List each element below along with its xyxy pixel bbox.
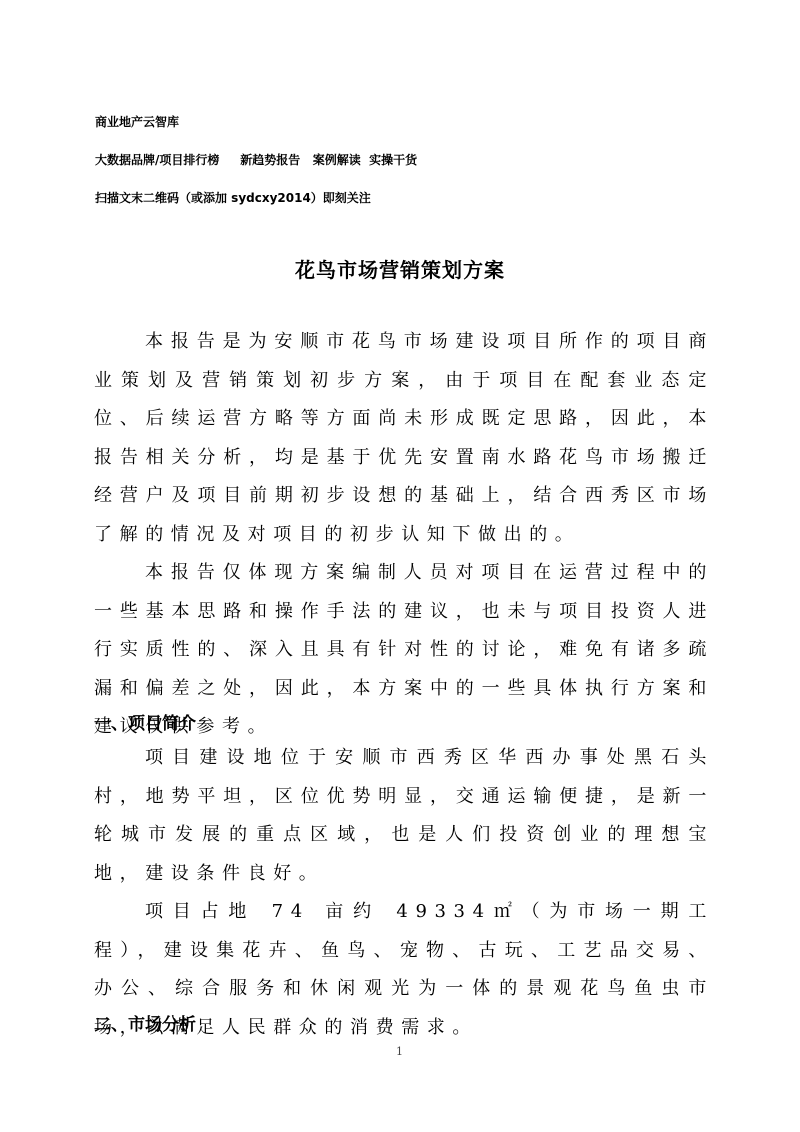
section-heading-overview: 一、项目简介 xyxy=(94,709,196,734)
header-subscribe: 扫描文末二维码（或添加 sydcxy2014）即刻关注 xyxy=(95,189,371,206)
intro-section: 本报告是为安顺市花鸟市场建设项目所作的项目商业策划及营销策划初步方案，由于项目在… xyxy=(94,323,714,747)
header-tagline: 大数据品牌/项目排行榜 新趋势报告 案例解读 实操干货 xyxy=(95,151,417,168)
overview-paragraph-1: 项目建设地位于安顺市西秀区华西办事处黑石头村，地势平坦，区位优势明显，交通运输便… xyxy=(94,739,714,893)
header-brand: 商业地产云智库 xyxy=(95,113,179,130)
document-title: 花鸟市场营销策划方案 xyxy=(0,254,800,283)
section-heading-market: 二、市场分析 xyxy=(94,1010,196,1035)
page-number: 1 xyxy=(396,1045,403,1058)
overview-section: 项目建设地位于安顺市西秀区华西办事处黑石头村，地势平坦，区位优势明显，交通运输便… xyxy=(94,739,714,1047)
intro-paragraph-1: 本报告是为安顺市花鸟市场建设项目所作的项目商业策划及营销策划初步方案，由于项目在… xyxy=(94,323,714,554)
